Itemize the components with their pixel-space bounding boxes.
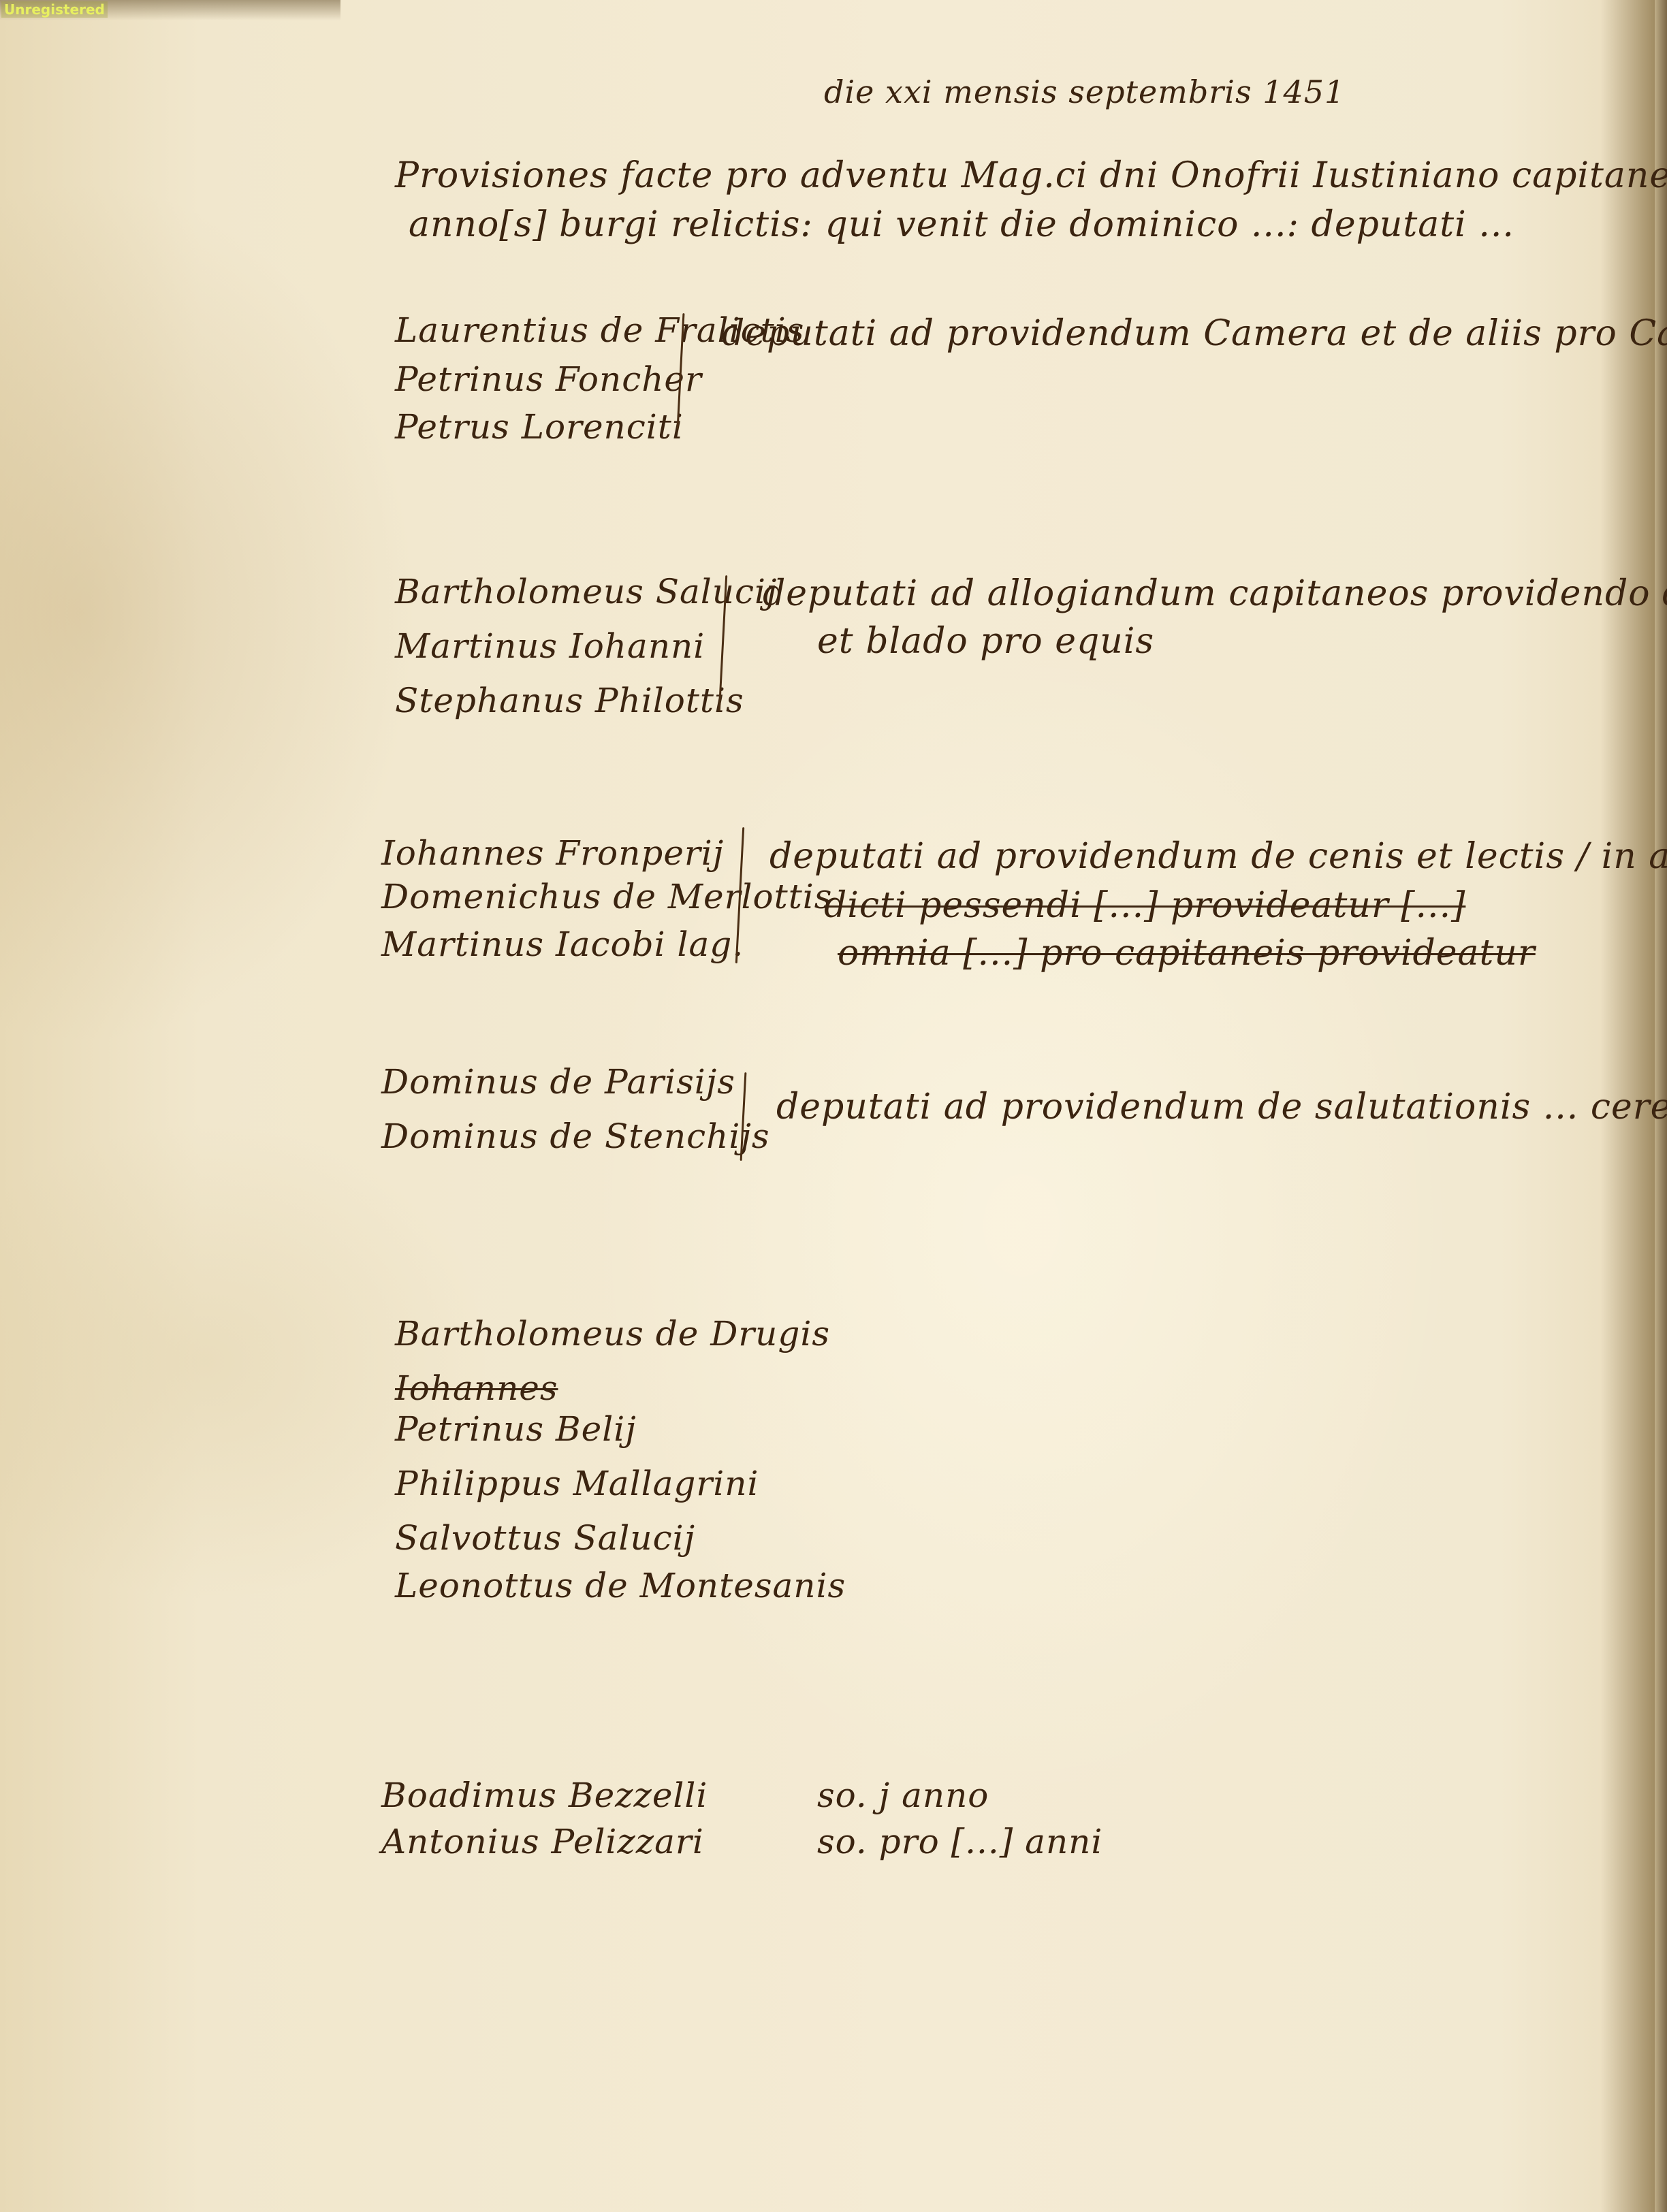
group-3-name-1: Iohannes Fronperij <box>381 833 724 873</box>
group-4-name-1: Dominus de Parisijs <box>381 1062 735 1102</box>
group-3-task-line-2: dicti pessendi [...] provideatur [...] <box>824 885 1465 926</box>
manuscript-page: Unregistered die xxi mensis septembris 1… <box>0 0 1667 2212</box>
group-2-name-2: Martinus Iohanni <box>395 626 705 666</box>
preamble-line-2: anno[s] burgi relictis: qui venit die do… <box>409 204 1514 245</box>
group-5-name-2: Iohannes <box>395 1368 558 1408</box>
group-1-name-3: Petrus Lorenciti <box>395 407 684 447</box>
group-5-name-4: Philippus Mallagrini <box>395 1464 759 1503</box>
group-1-task-line-1: deputati ad providendum Camera et de ali… <box>722 313 1667 354</box>
group-2-task-line-1: deputati ad allogiandum capitaneos provi… <box>763 573 1667 614</box>
group-3-task-line-1: deputati ad providendum de cenis et lect… <box>769 836 1667 877</box>
group-3-name-2: Domenichus de Merlottis <box>381 877 832 916</box>
footer-name-1: Boadimus Bezzelli <box>381 1776 708 1815</box>
footer-value-1: so. j anno <box>817 1776 989 1815</box>
group-2-name-3: Stephanus Philottis <box>395 681 744 720</box>
group-3-name-3: Martinus Iacobi lag. <box>381 925 744 964</box>
footer-name-2: Antonius Pelizzari <box>381 1822 704 1861</box>
group-5-name-3: Petrinus Belij <box>395 1409 637 1449</box>
group-4-name-2: Dominus de Stenchijs <box>381 1117 770 1156</box>
unregistered-watermark: Unregistered <box>1 1 108 18</box>
group-5-name-1: Bartholomeus de Drugis <box>395 1314 830 1353</box>
group-1-name-2: Petrinus Foncher <box>395 359 702 399</box>
group-2-task-line-2: et blado pro equis <box>817 621 1154 662</box>
group-4-task-line-1: deputati ad providendum de salutationis … <box>776 1087 1667 1127</box>
group-5-name-6: Leonottus de Montesanis <box>395 1566 846 1605</box>
group-2-name-1: Bartholomeus Salucij <box>395 572 777 611</box>
group-3-task-line-3: omnia [...] pro capitaneis provideatur <box>838 933 1536 974</box>
footer-value-2: so. pro [...] anni <box>817 1822 1102 1861</box>
group-5-name-5: Salvottus Salucij <box>395 1518 695 1558</box>
preamble-line-1: Provisiones facte pro adventu Mag.ci dni… <box>395 155 1667 196</box>
date-heading: die xxi mensis septembris 1451 <box>824 74 1345 110</box>
